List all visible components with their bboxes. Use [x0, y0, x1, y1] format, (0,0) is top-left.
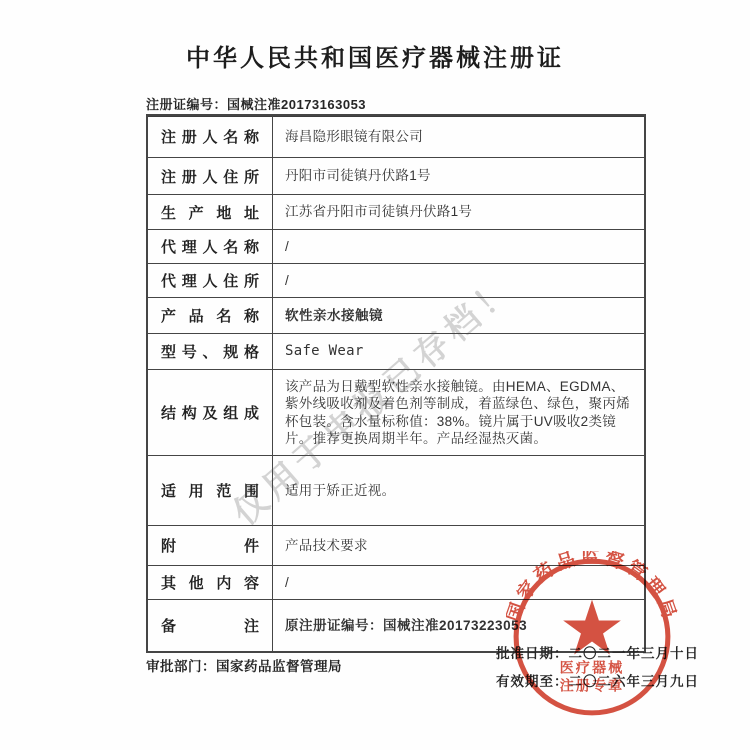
row-value: 软性亲水接触镜: [273, 298, 644, 333]
row-label: 注册人名称: [148, 116, 273, 157]
row-label-text: 注册人名称: [161, 126, 259, 147]
row-value: 适用于矫正近视。: [273, 456, 644, 525]
row-label-text: 结构及组成: [161, 402, 259, 423]
table-row: 注册人住所 丹阳市司徒镇丹伏路1号: [148, 158, 644, 195]
row-label: 代理人名称: [148, 230, 273, 263]
row-label: 适用范围: [148, 456, 273, 525]
row-label-text: 代理人住所: [161, 270, 259, 291]
table-row: 型号、规格 Safe Wear: [148, 334, 644, 370]
table-row: 代理人名称 /: [148, 230, 644, 264]
row-label-text: 生产地址: [161, 202, 259, 223]
row-value: /: [273, 264, 644, 297]
row-value: Safe Wear: [273, 334, 644, 369]
row-label: 代理人住所: [148, 264, 273, 297]
row-value: 该产品为日戴型软性亲水接触镜。由HEMA、EGDMA、紫外线吸收剂及着色剂等制成…: [273, 370, 644, 455]
row-label-text: 适用范围: [161, 480, 259, 501]
row-label-text: 注册人住所: [161, 166, 259, 187]
row-label-text: 备注: [161, 615, 259, 636]
table-row: 产品名称 软性亲水接触镜: [148, 298, 644, 334]
row-value: 海昌隐形眼镜有限公司: [273, 116, 644, 157]
row-value: /: [273, 230, 644, 263]
row-label: 结构及组成: [148, 370, 273, 455]
official-seal-stamp: 国家药品监督管理局 医疗器械 注册专章: [506, 551, 678, 723]
stamp-center-line2: 注册专章: [560, 678, 625, 695]
stamp-star-icon: [563, 600, 621, 655]
stamp-center-line1: 医疗器械: [560, 659, 625, 676]
row-label-text: 型号、规格: [161, 341, 259, 362]
table-row: 适用范围 适用于矫正近视。: [148, 456, 644, 526]
row-label-text: 代理人名称: [161, 236, 259, 257]
row-label: 生产地址: [148, 195, 273, 229]
row-label-text: 附件: [161, 535, 259, 556]
row-label: 备注: [148, 600, 273, 651]
table-row: 生产地址 江苏省丹阳市司徒镇丹伏路1号: [148, 195, 644, 230]
certificate-page: 中华人民共和国医疗器械注册证 仅用于申报已存档！ 注册证编号：国械注准20173…: [0, 0, 750, 750]
row-label: 其他内容: [148, 566, 273, 599]
certificate-title: 中华人民共和国医疗器械注册证: [0, 38, 750, 73]
row-label: 附件: [148, 526, 273, 565]
approval-department: 审批部门：国家药品监督管理局: [146, 655, 342, 675]
row-label-text: 产品名称: [161, 305, 259, 326]
row-label: 注册人住所: [148, 158, 273, 194]
row-label-text: 其他内容: [161, 572, 259, 593]
row-label: 产品名称: [148, 298, 273, 333]
table-row: 结构及组成 该产品为日戴型软性亲水接触镜。由HEMA、EGDMA、紫外线吸收剂及…: [148, 370, 644, 456]
table-row: 注册人名称 海昌隐形眼镜有限公司: [148, 116, 644, 158]
table-row: 代理人住所 /: [148, 264, 644, 298]
row-label: 型号、规格: [148, 334, 273, 369]
row-value: 江苏省丹阳市司徒镇丹伏路1号: [273, 195, 644, 229]
row-value: 丹阳市司徒镇丹伏路1号: [273, 158, 644, 194]
